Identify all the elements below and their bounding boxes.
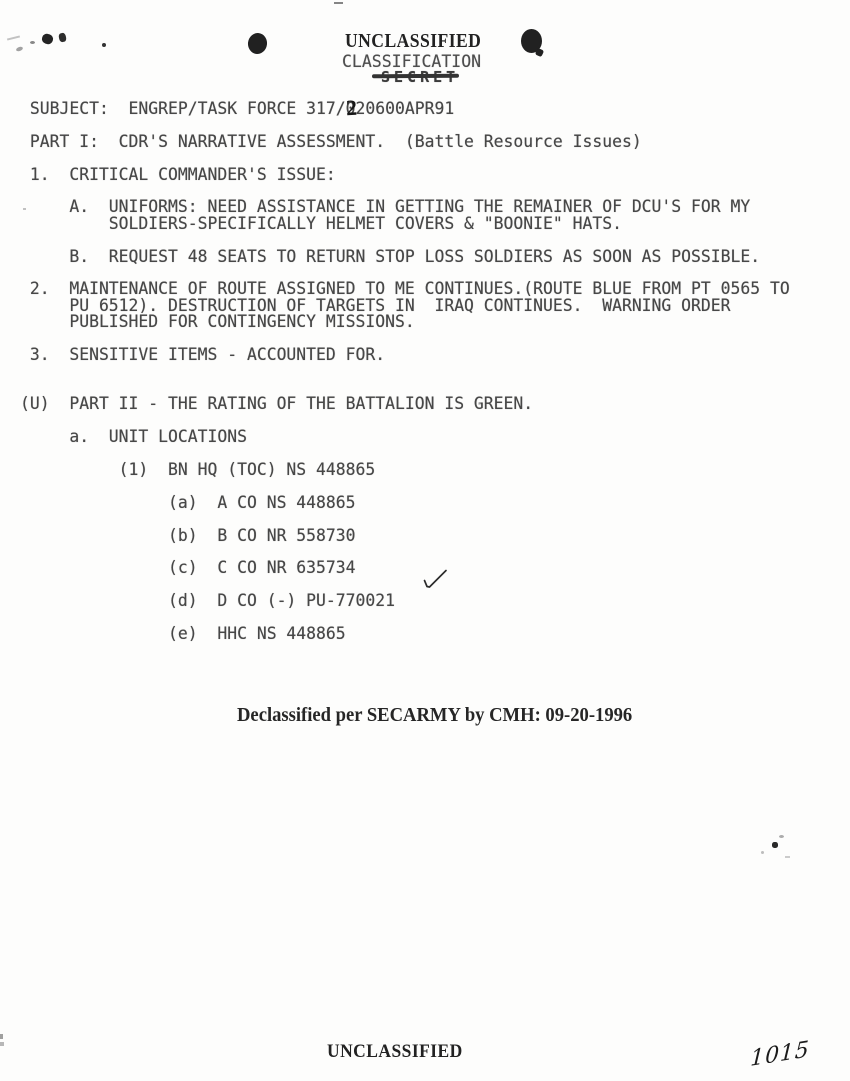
- scan-speck: [772, 842, 778, 848]
- scan-speck: [785, 856, 790, 858]
- ink-dot-right-tail: [535, 48, 544, 57]
- ink-smudge: [30, 41, 35, 44]
- strikethrough-line: [372, 74, 459, 79]
- ink-smudge: [58, 32, 67, 42]
- typewriter-body: SUBJECT: ENGREP/TASK FORCE 317/020600APR…: [20, 101, 790, 642]
- ink-smudge: [7, 35, 20, 40]
- handwritten-checkmark: [422, 568, 449, 591]
- scan-speck: [0, 1042, 4, 1046]
- scan-speck: [779, 835, 784, 838]
- scan-speck: [0, 1034, 3, 1039]
- handwritten-page-number: 1015: [750, 1037, 811, 1072]
- scan-speck: [478, 402, 481, 405]
- unclassified-stamp-bottom: UNCLASSIFIED: [327, 1041, 463, 1063]
- handwritten-digit-overlay: 2: [345, 95, 357, 122]
- scan-artifact: [334, 2, 343, 4]
- ink-smudge: [41, 33, 55, 46]
- unclassified-stamp-top: UNCLASSIFIED: [345, 30, 481, 53]
- declassification-note: Declassified per SECARMY by CMH: 09-20-1…: [237, 704, 632, 727]
- scanned-document-page: UNCLASSIFIED CLASSIFICATION SECRET SUBJE…: [0, 0, 850, 1081]
- ink-smudge: [102, 43, 106, 47]
- scan-speck: [23, 208, 26, 210]
- ink-dot-left: [247, 32, 269, 55]
- ink-smudge: [16, 46, 24, 52]
- scan-speck: [761, 851, 764, 854]
